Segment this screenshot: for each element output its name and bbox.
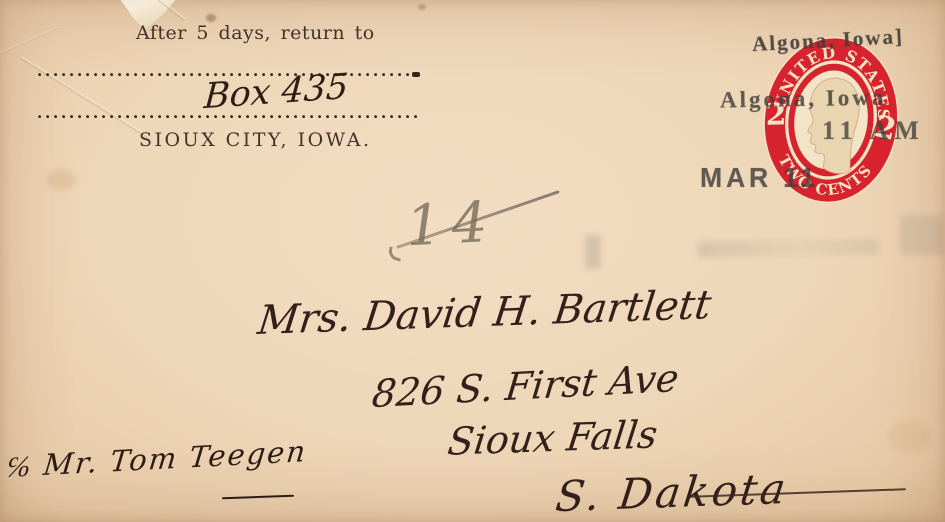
paper-stain xyxy=(206,14,216,22)
paper-crease xyxy=(0,26,60,57)
recipient-street: 826 S. First Ave xyxy=(370,356,681,416)
recipient-name: Mrs. David H. Bartlett xyxy=(255,282,713,344)
recipient-city: Sioux Falls xyxy=(445,412,660,464)
paper-stain xyxy=(418,4,426,10)
pencil-note: 14 xyxy=(404,190,499,260)
return-city-text: SIOUX CITY, IOWA. xyxy=(139,129,372,151)
envelope: After 5 days, return to Box 435 SIOUX CI… xyxy=(0,0,945,522)
pencil-strike-hook xyxy=(387,246,404,261)
return-instruction-text: After 5 days, return to xyxy=(136,22,375,44)
ink-smudge xyxy=(585,235,601,269)
ink-smudge xyxy=(698,238,878,257)
paper-stain xyxy=(46,170,76,190)
ink-smudge xyxy=(900,215,944,255)
postmark-town-line2: Algona, Iowa xyxy=(720,85,887,114)
dotted-line xyxy=(38,115,418,119)
postmark-date: MAR 11 xyxy=(700,162,819,194)
corner-note: ℅ Mr. Tom Teegen xyxy=(4,434,309,485)
paper-stain xyxy=(888,420,932,454)
corner-note-tail-stroke xyxy=(222,495,294,500)
postmark-time: 11 AM xyxy=(822,116,925,146)
dotted-line-end-dash xyxy=(412,72,420,77)
paper-crease xyxy=(20,56,150,140)
